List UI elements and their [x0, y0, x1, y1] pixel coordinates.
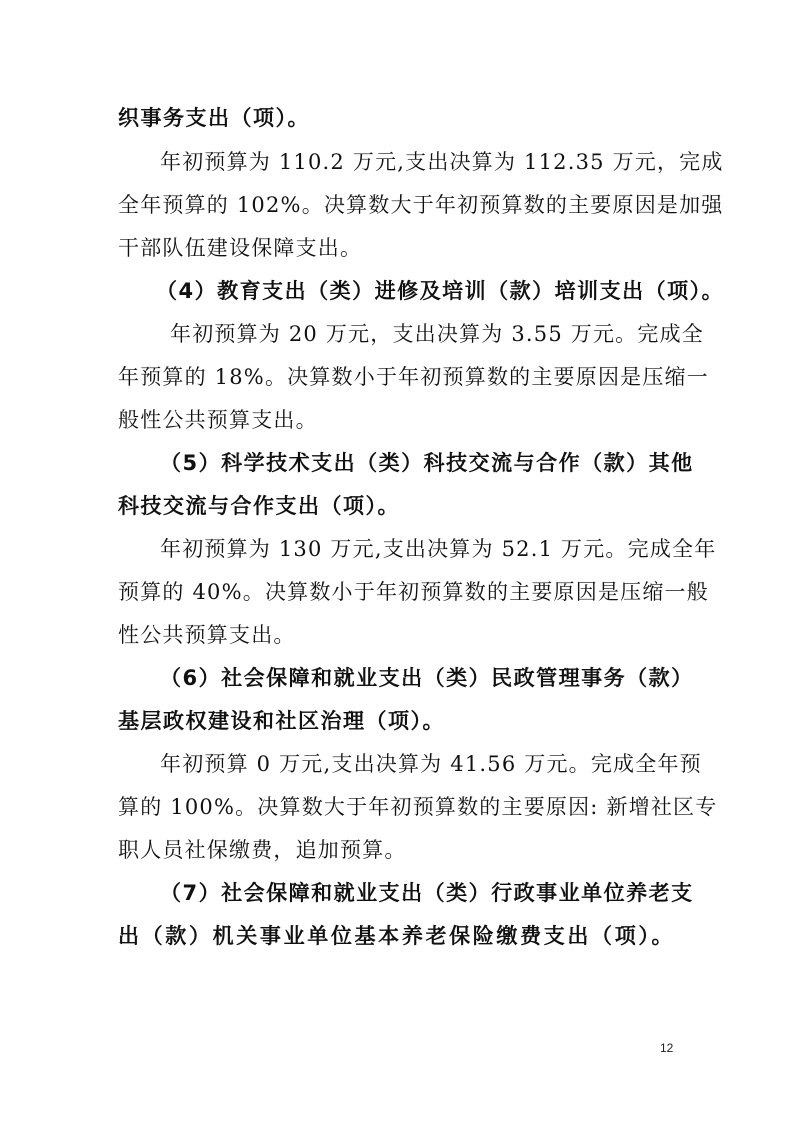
document-page: 织事务支出（项）。 年初预算为 110.2 万元,支出决算为 112.35 万元… — [0, 0, 793, 1122]
body-text: 年初预算为 20 万元，支出决算为 3.55 万元。完成全 — [170, 320, 674, 348]
page-number: 12 — [660, 1041, 673, 1055]
section-heading-7-cont: 出（款）机关事业单位基本养老保险缴费支出（项）。 — [118, 922, 674, 950]
body-text: 全年预算的 102%。决算数大于年初预算数的主要原因是加强 — [118, 191, 674, 219]
section-heading-5-cont: 科技交流与合作支出（项）。 — [118, 492, 674, 520]
section-heading-6-cont: 基层政权建设和社区治理（项）。 — [118, 707, 674, 735]
body-text: 算的 100%。决算数大于年初预算数的主要原因: 新增社区专 — [118, 793, 674, 821]
body-text: 年初预算为 110.2 万元,支出决算为 112.35 万元，完成 — [160, 148, 674, 176]
body-text: 职人员社保缴费，追加预算。 — [118, 836, 674, 864]
body-text: 干部队伍建设保障支出。 — [118, 234, 674, 262]
body-text: 性公共预算支出。 — [118, 621, 674, 649]
section-heading-continued: 织事务支出（项）。 — [118, 104, 674, 132]
section-heading-4: （4）教育支出（类）进修及培训（款）培训支出（项）。 — [156, 277, 676, 305]
body-text: 般性公共预算支出。 — [118, 406, 674, 434]
section-heading-7: （7）社会保障和就业支出（类）行政事业单位养老支 — [160, 879, 674, 907]
body-text: 年初预算 0 万元,支出决算为 41.56 万元。完成全年预 — [160, 750, 674, 778]
body-text: 预算的 40%。决算数小于年初预算数的主要原因是压缩一般 — [118, 578, 674, 606]
section-heading-6: （6）社会保障和就业支出（类）民政管理事务（款） — [160, 664, 674, 692]
body-text: 年预算的 18%。决算数小于年初预算数的主要原因是压缩一 — [118, 363, 674, 391]
body-text: 年初预算为 130 万元,支出决算为 52.1 万元。完成全年 — [160, 535, 674, 563]
section-heading-5: （5）科学技术支出（类）科技交流与合作（款）其他 — [160, 449, 674, 477]
